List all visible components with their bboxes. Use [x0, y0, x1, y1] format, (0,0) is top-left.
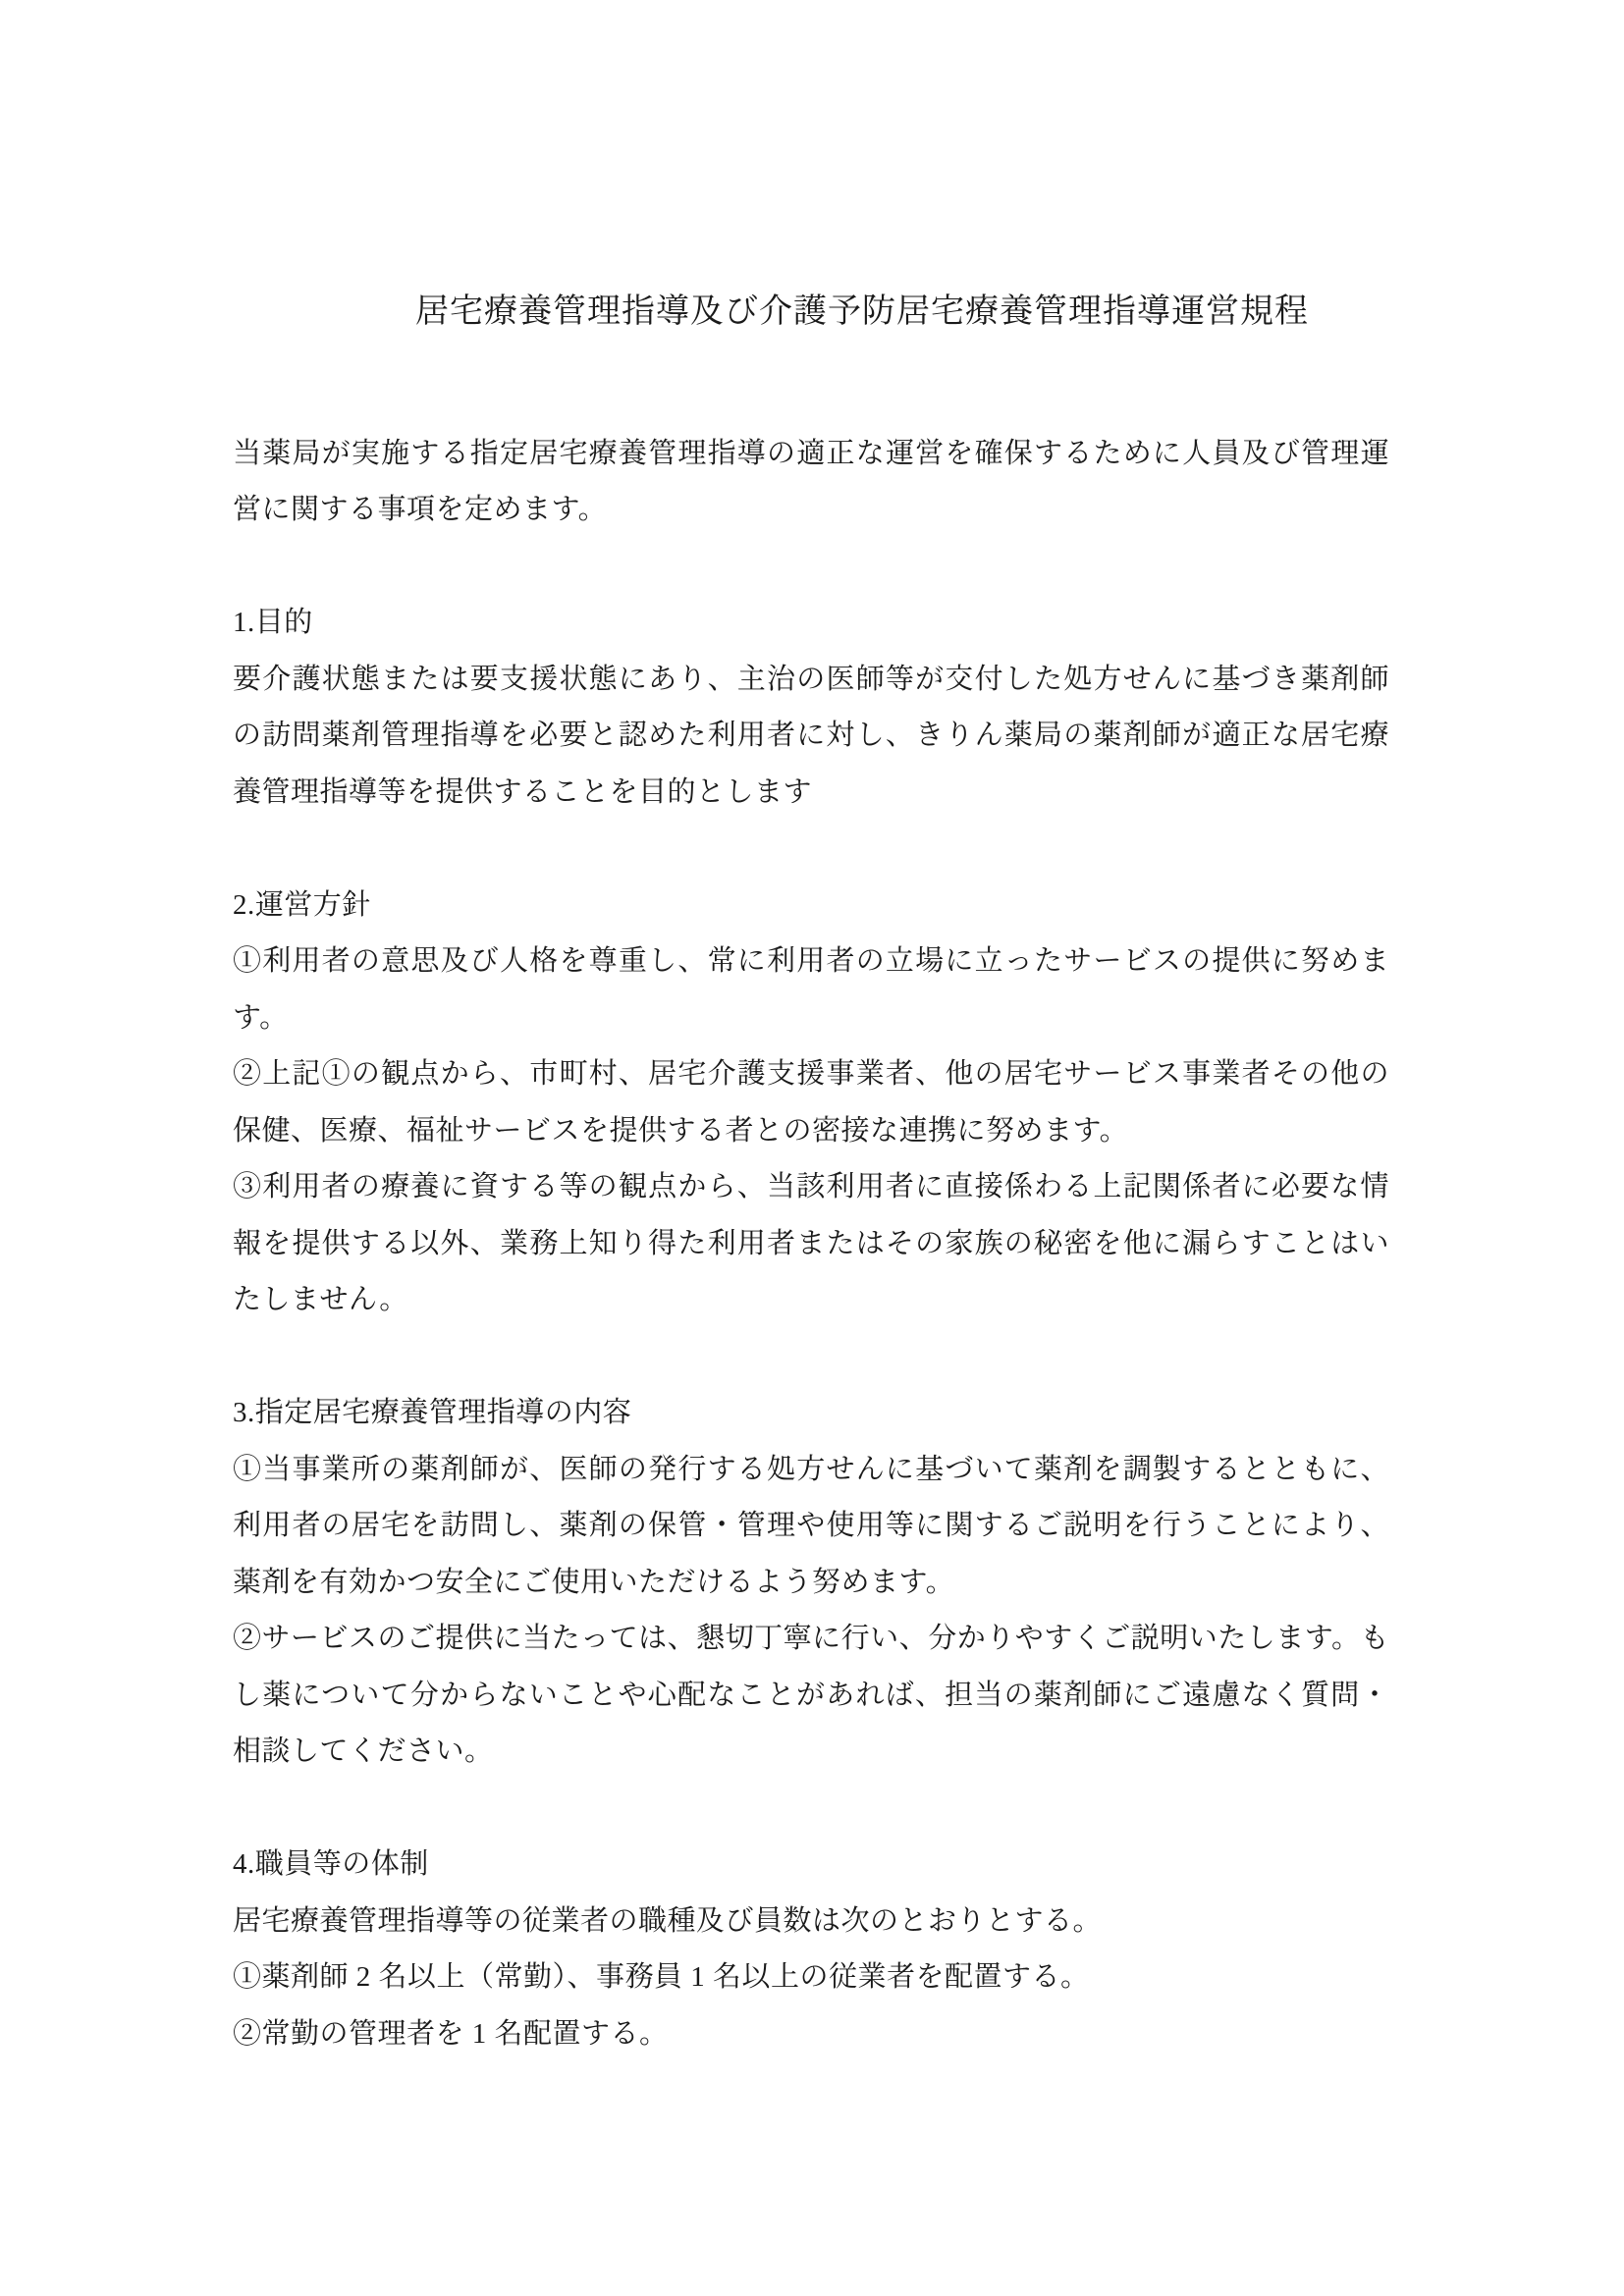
section-service-content-heading: 3.指定居宅療養管理指導の内容	[233, 1385, 1389, 1442]
document-page: 居宅療養管理指導及び介護予防居宅療養管理指導運営規程 当薬局が実施する指定居宅療…	[0, 0, 1624, 2296]
section-operating-policy-item-3: ③利用者の療養に資する等の観点から、当該利用者に直接係わる上記関係者に必要な情報…	[233, 1159, 1389, 1329]
section-staff-structure-heading: 4.職員等の体制	[233, 1837, 1389, 1894]
section-service-content-item-1: ①当事業所の薬剤師が、医師の発行する処方せんに基づいて薬剤を調製するとともに、利…	[233, 1442, 1389, 1612]
section-purpose-paragraph-1: 要介護状態または要支援状態にあり、主治の医師等が交付した処方せんに基づき薬剤師の…	[233, 652, 1389, 822]
section-operating-policy-item-1: ①利用者の意思及び人格を尊重し、常に利用者の立場に立ったサービスの提供に努めます…	[233, 934, 1389, 1046]
section-purpose: 1.目的 要介護状態または要支援状態にあり、主治の医師等が交付した処方せんに基づ…	[233, 595, 1389, 821]
section-service-content: 3.指定居宅療養管理指導の内容 ①当事業所の薬剤師が、医師の発行する処方せんに基…	[233, 1385, 1389, 1781]
document-title: 居宅療養管理指導及び介護予防居宅療養管理指導運営規程	[335, 284, 1389, 341]
section-operating-policy-item-2: ②上記①の観点から、市町村、居宅介護支援事業者、他の居宅サービス事業者その他の保…	[233, 1046, 1389, 1159]
section-staff-structure: 4.職員等の体制 居宅療養管理指導等の従業者の職種及び員数は次のとおりとする。 …	[233, 1837, 1389, 2062]
section-operating-policy: 2.運営方針 ①利用者の意思及び人格を尊重し、常に利用者の立場に立ったサービスの…	[233, 878, 1389, 1329]
section-staff-structure-item-1: ①薬剤師 2 名以上（常勤）、事務員 1 名以上の従業者を配置する。	[233, 1949, 1389, 2006]
section-operating-policy-heading: 2.運営方針	[233, 878, 1389, 934]
section-purpose-heading: 1.目的	[233, 595, 1389, 652]
intro-paragraph: 当薬局が実施する指定居宅療養管理指導の適正な運営を確保するために人員及び管理運営…	[233, 426, 1389, 539]
section-service-content-item-2: ②サービスのご提供に当たっては、懇切丁寧に行い、分かりやすくご説明いたします。も…	[233, 1611, 1389, 1781]
section-staff-structure-item-2: ②常勤の管理者を 1 名配置する。	[233, 2006, 1389, 2063]
section-staff-structure-intro: 居宅療養管理指導等の従業者の職種及び員数は次のとおりとする。	[233, 1894, 1389, 1950]
